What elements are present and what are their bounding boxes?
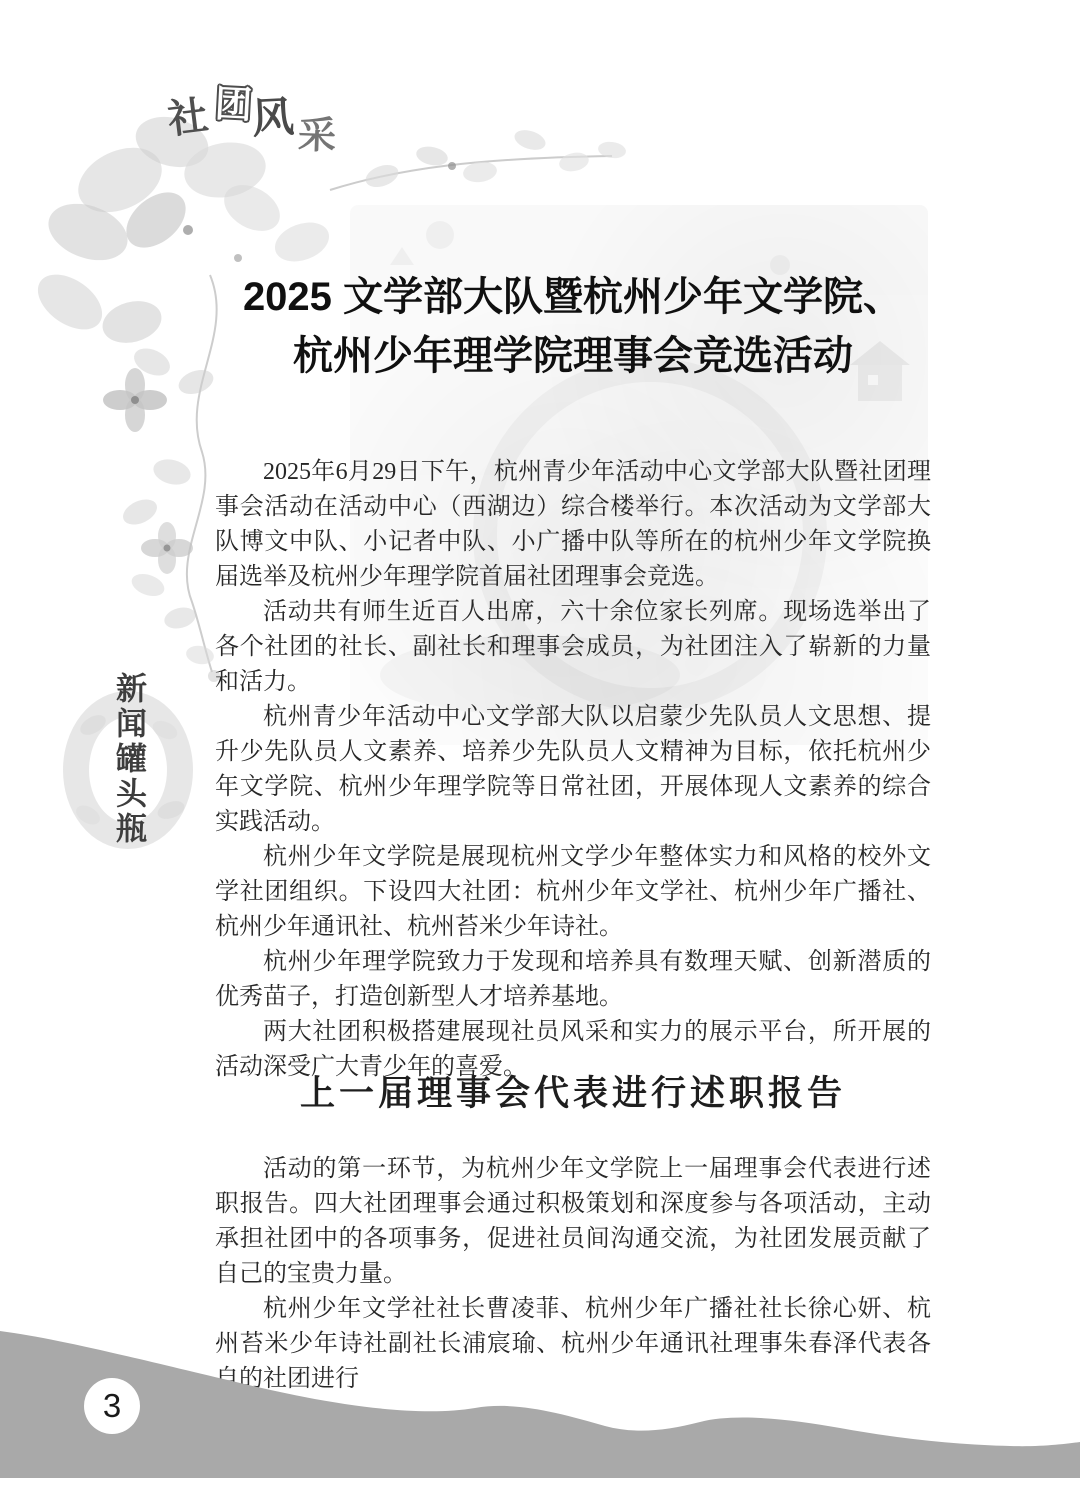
article-title: 2025 文学部大队暨杭州少年文学院、 杭州少年理学院理事会竞选活动 <box>215 268 931 386</box>
column-vertical-label: 新闻罐头瓶 <box>106 672 151 847</box>
section-heading: 上一届理事会代表进行述职报告 <box>215 1066 931 1116</box>
page-number-badge: 3 <box>84 1378 140 1434</box>
article-title-line1: 2025 文学部大队暨杭州少年文学院、 <box>215 268 931 327</box>
header-char-1: 社 <box>166 96 211 141</box>
magazine-page: 社 团 风 采 2025 文学部大队暨杭州少年文学院、 杭州少年理学院理事会竞选… <box>0 0 1080 1495</box>
article-body: 2025年6月29日下午，杭州青少年活动中心文学部大队暨社团理事会活动在活动中心… <box>215 455 931 1085</box>
header-char-3: 风 <box>251 96 295 140</box>
header-char-2: 团 <box>214 85 253 124</box>
paragraph: 杭州青少年活动中心文学部大队以启蒙少先队员人文思想、提升少先队员人文素养、培养少… <box>215 700 931 840</box>
footer-wave-icon <box>0 1325 1080 1495</box>
paragraph: 活动的第一环节，为杭州少年文学院上一届理事会代表进行述职报告。四大社团理事会通过… <box>215 1152 931 1292</box>
paragraph: 杭州少年理学院致力于发现和培养具有数理天赋、创新潜质的优秀苗子，打造创新型人才培… <box>215 945 931 1015</box>
paragraph: 活动共有师生近百人出席，六十余位家长列席。现场选举出了各个社团的社长、副社长和理… <box>215 595 931 700</box>
paragraph: 2025年6月29日下午，杭州青少年活动中心文学部大队暨社团理事会活动在活动中心… <box>215 455 931 595</box>
footer-wave-path <box>0 1331 1080 1478</box>
paragraph: 杭州少年文学院是展现杭州文学少年整体实力和风格的校外文学社团组织。下设四大社团：… <box>215 840 931 945</box>
header-char-4: 采 <box>297 116 336 155</box>
article-title-line2: 杭州少年理学院理事会竞选活动 <box>215 327 931 386</box>
page-number: 3 <box>103 1387 121 1425</box>
